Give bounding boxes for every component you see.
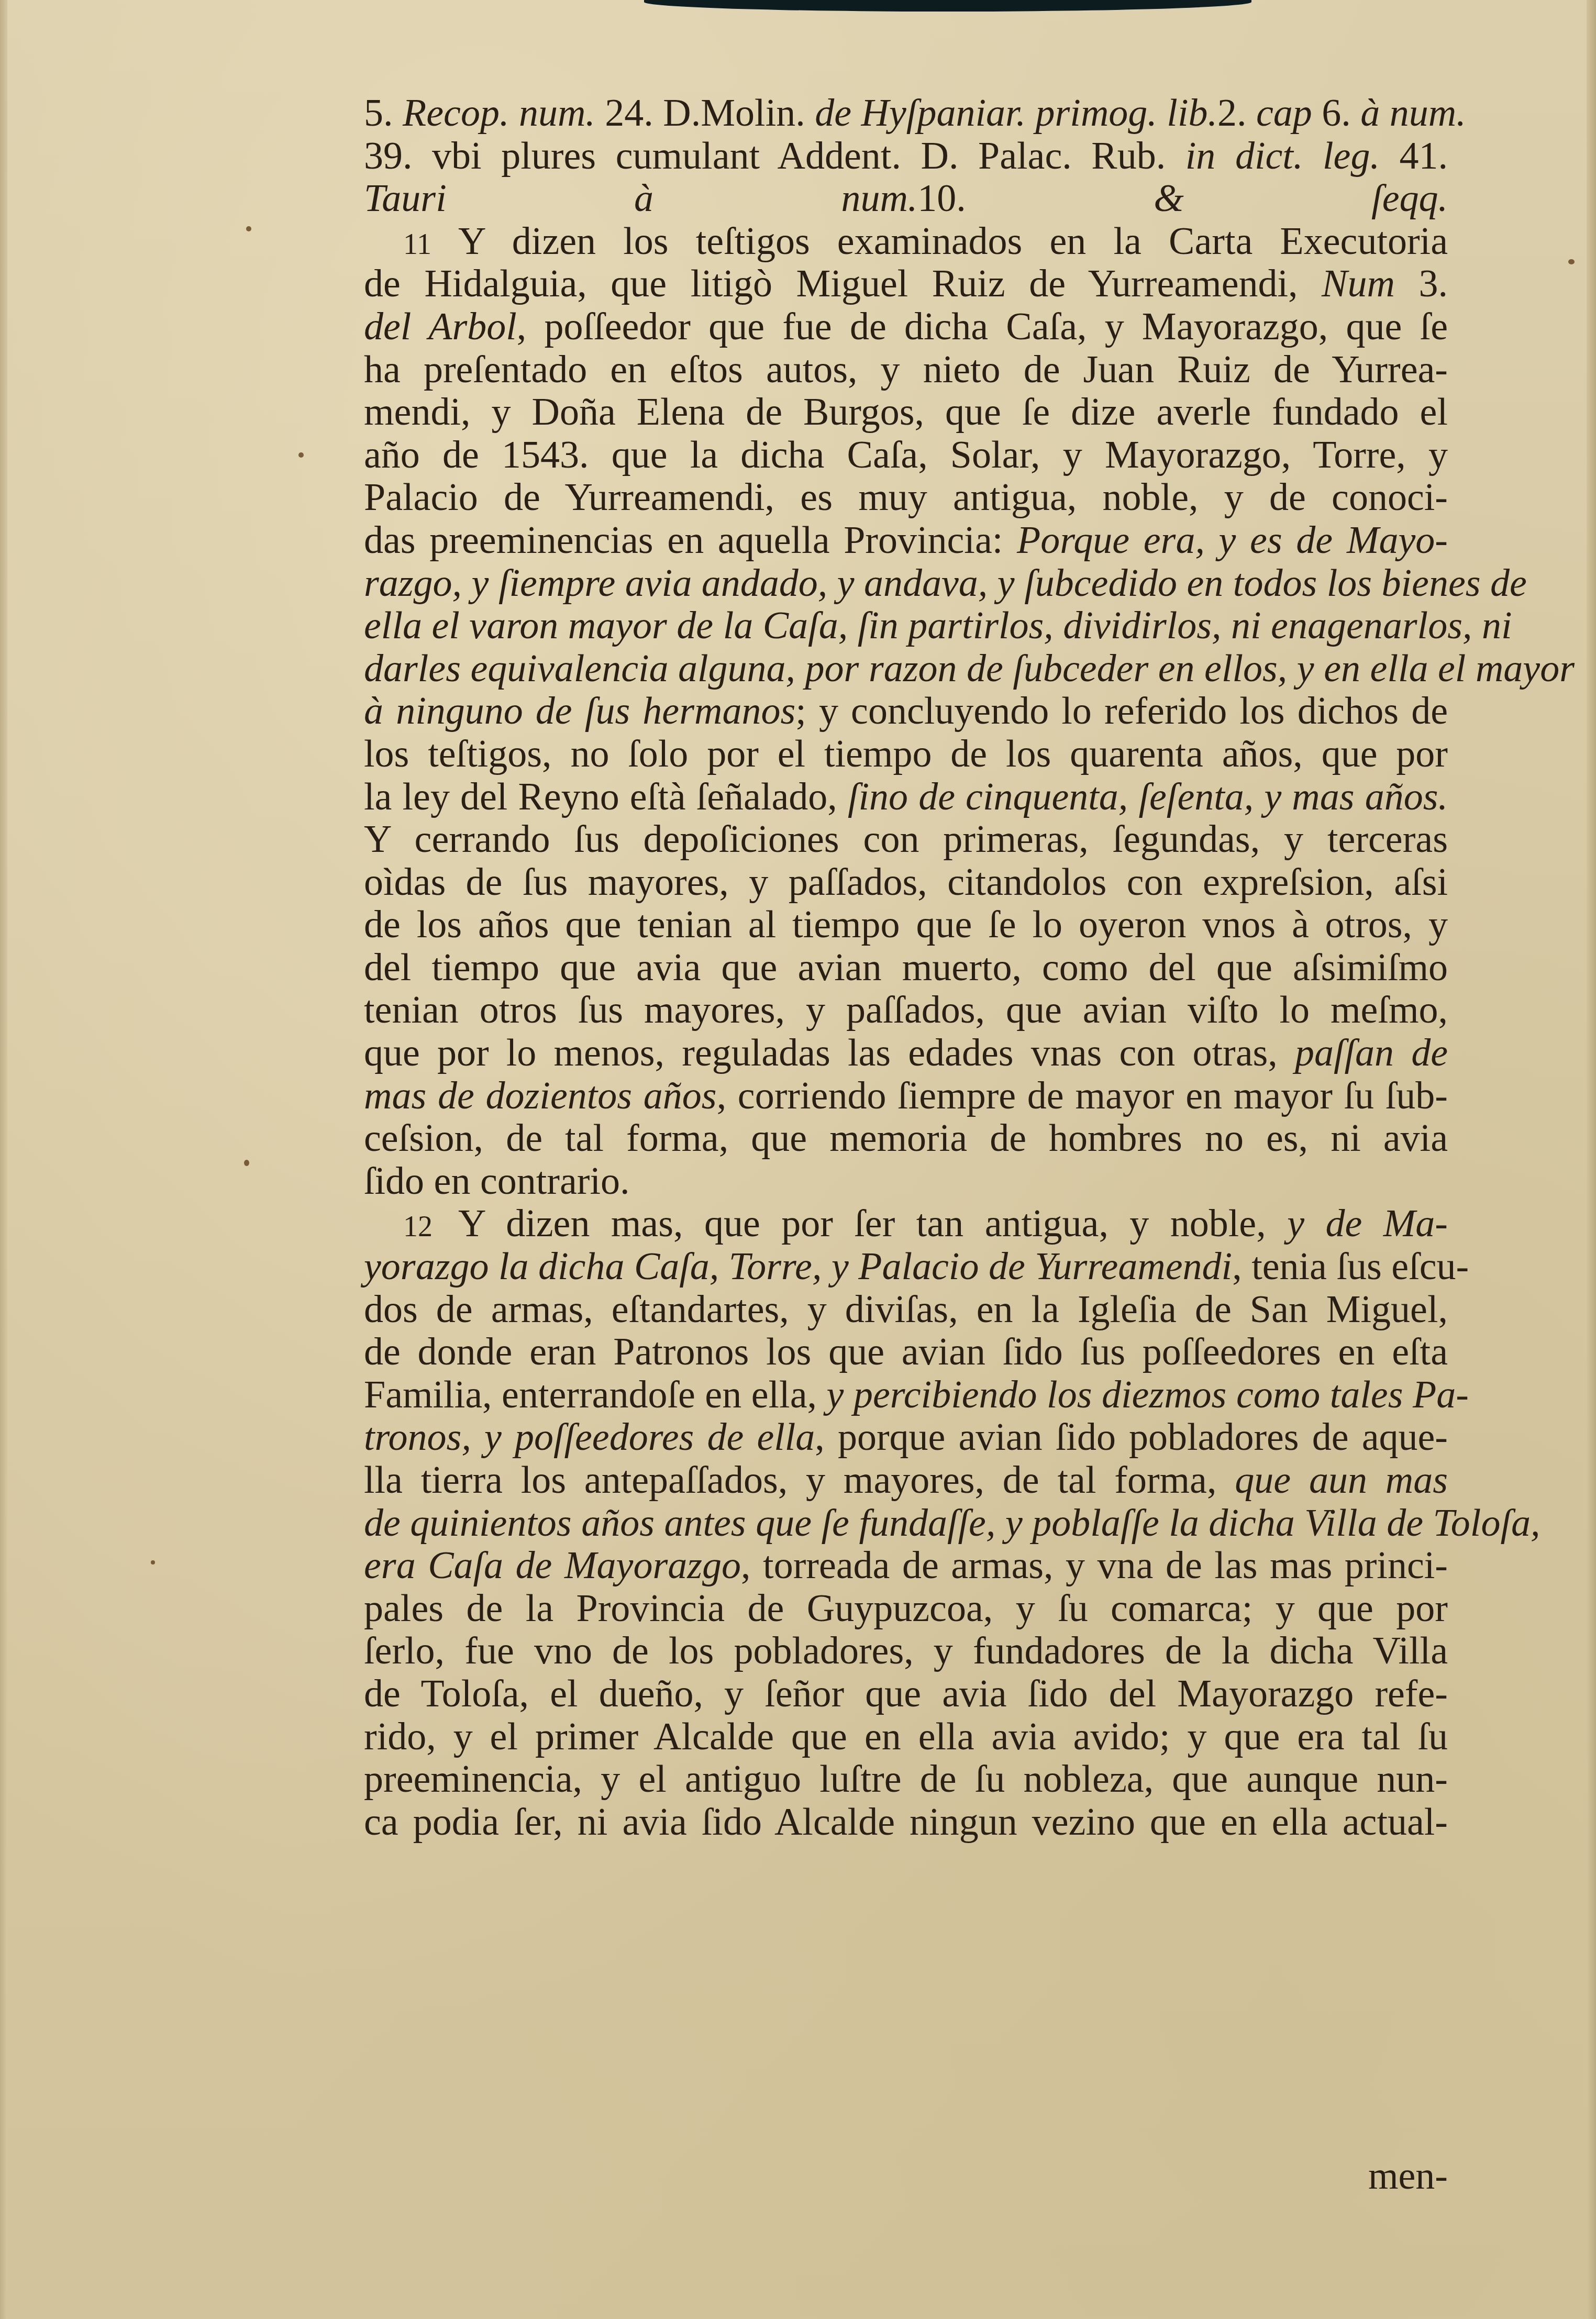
text-line: tenian otros ſus mayores, y paſſados, qu… <box>364 989 1448 1032</box>
text-line: oìdas de ſus mayores, y paſſados, citand… <box>364 861 1448 904</box>
foxing-spot <box>244 1160 249 1166</box>
text-line: era Caſa de Mayorazgo, torreada de armas… <box>364 1545 1448 1588</box>
text-line: 39. vbi plures cumulant Addent. D. Palac… <box>364 135 1448 178</box>
text-line: la ley del Reyno eſtà ſeñalado, ſino de … <box>364 776 1448 819</box>
italic-run: & ſeqq. <box>1154 177 1448 220</box>
text-line: mas de dozientos años, corriendo ſiempre… <box>364 1075 1448 1118</box>
roman-run: 5. <box>364 92 403 135</box>
foxing-spot <box>246 226 251 231</box>
italic-run: darles equivalencia alguna, por razon de… <box>364 647 1575 690</box>
roman-run: ſido en contrario. <box>364 1160 630 1203</box>
italic-run: que aun mas <box>1235 1459 1448 1502</box>
italic-run: de quinientos años antes que ſe fundaſſe… <box>364 1502 1540 1545</box>
text-line: dos de armas, eſtandartes, y diviſas, en… <box>364 1289 1448 1332</box>
italic-run: era Caſa de Mayorazgo <box>364 1544 741 1587</box>
roman-run: rido, y el primer Alcalde que en ella av… <box>364 1715 1448 1758</box>
text-line: ella el varon mayor de la Caſa, ſin part… <box>364 605 1448 648</box>
scanned-page: 5. Recop. num. 24. D.Molin. de Hyſpaniar… <box>0 0 1596 2319</box>
text-line: de quinientos años antes que ſe fundaſſe… <box>364 1502 1448 1545</box>
text-line: de los años que tenian al tiempo que ſe … <box>364 904 1448 947</box>
italic-run: à ninguno de ſus hermanos <box>364 690 795 733</box>
roman-run: Y dizen los teſtigos examinados en la Ca… <box>458 220 1448 263</box>
text-line: 11Y dizen los teſtigos examinados en la … <box>364 220 1448 263</box>
roman-run: ceſsion, de tal forma, que memoria de ho… <box>364 1117 1448 1160</box>
text-line: que por lo menos, reguladas las edades v… <box>364 1032 1448 1075</box>
italic-run: y de Ma- <box>1287 1202 1448 1245</box>
roman-run: ca podia ſer, ni avia ſido Alcalde ningu… <box>364 1801 1448 1844</box>
text-line: razgo, y ſiempre avia andado, y andava, … <box>364 562 1448 605</box>
roman-run: año de 1543. que la dicha Caſa, Solar, y… <box>364 434 1448 476</box>
text-line: ſido en contrario. <box>364 1160 1448 1203</box>
body-text: 5. Recop. num. 24. D.Molin. de Hyſpaniar… <box>364 92 1448 1844</box>
italic-run: Porque era, y es de Mayo- <box>1017 519 1448 562</box>
roman-run: , torreada de armas, y vna de las mas pr… <box>741 1544 1448 1587</box>
foxing-spot <box>1568 259 1575 264</box>
roman-run: Familia, enterrandoſe en ella, <box>364 1373 827 1416</box>
roman-run: dos de armas, eſtandartes, y diviſas, en… <box>364 1288 1448 1331</box>
paragraph-number: 12 <box>403 1206 458 1249</box>
roman-run: que por lo menos, reguladas las edades v… <box>364 1031 1295 1074</box>
italic-run: Recop. num. <box>403 92 595 135</box>
text-line: Familia, enterrandoſe en ella, y percibi… <box>364 1374 1448 1417</box>
roman-run: , porque avian ſido pobladores de aque- <box>815 1416 1448 1459</box>
text-line: ceſsion, de tal forma, que memoria de ho… <box>364 1117 1448 1160</box>
text-line: pales de la Provincia de Guypuzcoa, y ſu… <box>364 1588 1448 1630</box>
roman-run: preeminencia, y el antiguo luſtre de ſu … <box>364 1758 1448 1801</box>
roman-run: del tiempo que avia que avian muerto, co… <box>364 946 1448 989</box>
paragraph-number: 11 <box>403 224 458 267</box>
roman-run: de Toloſa, el dueño, y ſeñor que avia ſi… <box>364 1672 1448 1715</box>
roman-run: 2. <box>1217 92 1256 135</box>
roman-run: Y dizen mas, que por ſer tan antigua, y … <box>458 1202 1287 1245</box>
roman-run: mendi, y Doña Elena de Burgos, que ſe di… <box>364 391 1448 434</box>
italic-run: cap <box>1256 92 1312 135</box>
text-line: preeminencia, y el antiguo luſtre de ſu … <box>364 1758 1448 1801</box>
text-line: de Hidalguia, que litigò Miguel Ruiz de … <box>364 263 1448 306</box>
roman-run: oìdas de ſus mayores, y paſſados, citand… <box>364 861 1448 904</box>
text-line: Tauri à num.10. & ſeqq. <box>364 177 1448 220</box>
italic-run: Num <box>1322 262 1395 305</box>
italic-run: mas de dozientos años <box>364 1074 717 1117</box>
text-line: Palacio de Yurreamendi, es muy antigua, … <box>364 476 1448 519</box>
foxing-spot <box>298 452 304 458</box>
text-line: 12Y dizen mas, que por ſer tan antigua, … <box>364 1203 1448 1246</box>
catchword-block: men- <box>364 2155 1448 2198</box>
text-line: 5. Recop. num. 24. D.Molin. de Hyſpaniar… <box>364 92 1448 135</box>
text-line: del Arbol, poſſeedor que fue de dicha Ca… <box>364 306 1448 349</box>
text-line: los teſtigos, no ſolo por el tiempo de l… <box>364 733 1448 776</box>
roman-run: tenian otros ſus mayores, y paſſados, qu… <box>364 989 1448 1031</box>
text-line: del tiempo que avia que avian muerto, co… <box>364 947 1448 990</box>
roman-run: ; y concluyendo lo referido los dichos d… <box>795 690 1448 733</box>
roman-run: de los años que tenian al tiempo que ſe … <box>364 903 1448 946</box>
text-line: à ninguno de ſus hermanos; y concluyendo… <box>364 690 1448 733</box>
text-line: ca podia ſer, ni avia ſido Alcalde ningu… <box>364 1801 1448 1844</box>
roman-run: 24. D.Molin. <box>595 92 815 135</box>
italic-run: ſino de cinquenta, ſeſenta, y mas años. <box>848 775 1448 818</box>
roman-run: ha preſentado en eſtos autos, y nieto de… <box>364 348 1448 391</box>
roman-run: los teſtigos, no ſolo por el tiempo de l… <box>364 733 1448 775</box>
italic-run: razgo, y ſiempre avia andado, y andava, … <box>364 562 1527 605</box>
text-line: Y cerrando ſus depoſiciones con primeras… <box>364 818 1448 861</box>
roman-run: 39. vbi plures cumulant Addent. D. Palac… <box>364 135 1185 177</box>
roman-run: lla tierra los antepaſſados, y mayores, … <box>364 1459 1235 1502</box>
italic-run: tronos, y poſſeedores de ella <box>364 1416 815 1459</box>
page-right-edge <box>1587 0 1596 2319</box>
roman-run: la ley del Reyno eſtà ſeñalado, <box>364 775 848 818</box>
page-left-edge <box>0 0 7 2319</box>
foxing-spot <box>151 1560 155 1565</box>
italic-run: yorazgo la dicha Caſa, Torre, y Palacio … <box>364 1245 1232 1288</box>
text-line: lla tierra los antepaſſados, y mayores, … <box>364 1459 1448 1502</box>
roman-run: pales de la Provincia de Guypuzcoa, y ſu… <box>364 1587 1448 1630</box>
text-line: de donde eran Patronos los que avian ſid… <box>364 1331 1448 1374</box>
roman-run: de Hidalguia, que litigò Miguel Ruiz de … <box>364 262 1322 305</box>
text-line: mendi, y Doña Elena de Burgos, que ſe di… <box>364 391 1448 434</box>
catchword: men- <box>364 2155 1448 2198</box>
roman-run: 41. <box>1380 135 1448 177</box>
text-line: año de 1543. que la dicha Caſa, Solar, y… <box>364 434 1448 477</box>
roman-run: 10. <box>917 177 1154 220</box>
roman-run: , corriendo ſiempre de mayor en mayor ſu… <box>717 1074 1448 1117</box>
text-line: darles equivalencia alguna, por razon de… <box>364 648 1448 691</box>
italic-run: de Hyſpaniar. primog. lib. <box>815 92 1217 135</box>
roman-run: Palacio de Yurreamendi, es muy antigua, … <box>364 476 1448 519</box>
roman-run: de donde eran Patronos los que avian ſid… <box>364 1330 1448 1373</box>
text-line: yorazgo la dicha Caſa, Torre, y Palacio … <box>364 1246 1448 1289</box>
text-line: rido, y el primer Alcalde que en ella av… <box>364 1716 1448 1759</box>
text-line: de Toloſa, el dueño, y ſeñor que avia ſi… <box>364 1673 1448 1716</box>
italic-run: à num. <box>1360 92 1466 135</box>
text-line: ha preſentado en eſtos autos, y nieto de… <box>364 349 1448 392</box>
text-line: tronos, y poſſeedores de ella, porque av… <box>364 1416 1448 1459</box>
binding-shadow <box>644 0 1251 12</box>
roman-run: das preeminencias en aquella Provincia: <box>364 519 1017 562</box>
italic-run: ella el varon mayor de la Caſa, ſin part… <box>364 604 1512 647</box>
roman-run: , poſſeedor que fue de dicha Caſa, y May… <box>517 305 1448 348</box>
roman-run: , tenia ſus eſcu- <box>1232 1245 1469 1288</box>
roman-run: 3. <box>1395 262 1448 305</box>
roman-run: ſerlo, fue vno de los pobladores, y fund… <box>364 1629 1448 1672</box>
roman-run: 6. <box>1312 92 1361 135</box>
roman-run: Y cerrando ſus depoſiciones con primeras… <box>364 818 1448 861</box>
italic-run: del Arbol <box>364 305 517 348</box>
text-line: das preeminencias en aquella Provincia: … <box>364 519 1448 562</box>
italic-run: in dict. leg. <box>1185 135 1380 177</box>
text-line: ſerlo, fue vno de los pobladores, y fund… <box>364 1630 1448 1673</box>
italic-run: Tauri à num. <box>364 177 917 220</box>
italic-run: y percibiendo los diezmos como tales Pa- <box>827 1373 1469 1416</box>
italic-run: paſſan de <box>1295 1031 1448 1074</box>
